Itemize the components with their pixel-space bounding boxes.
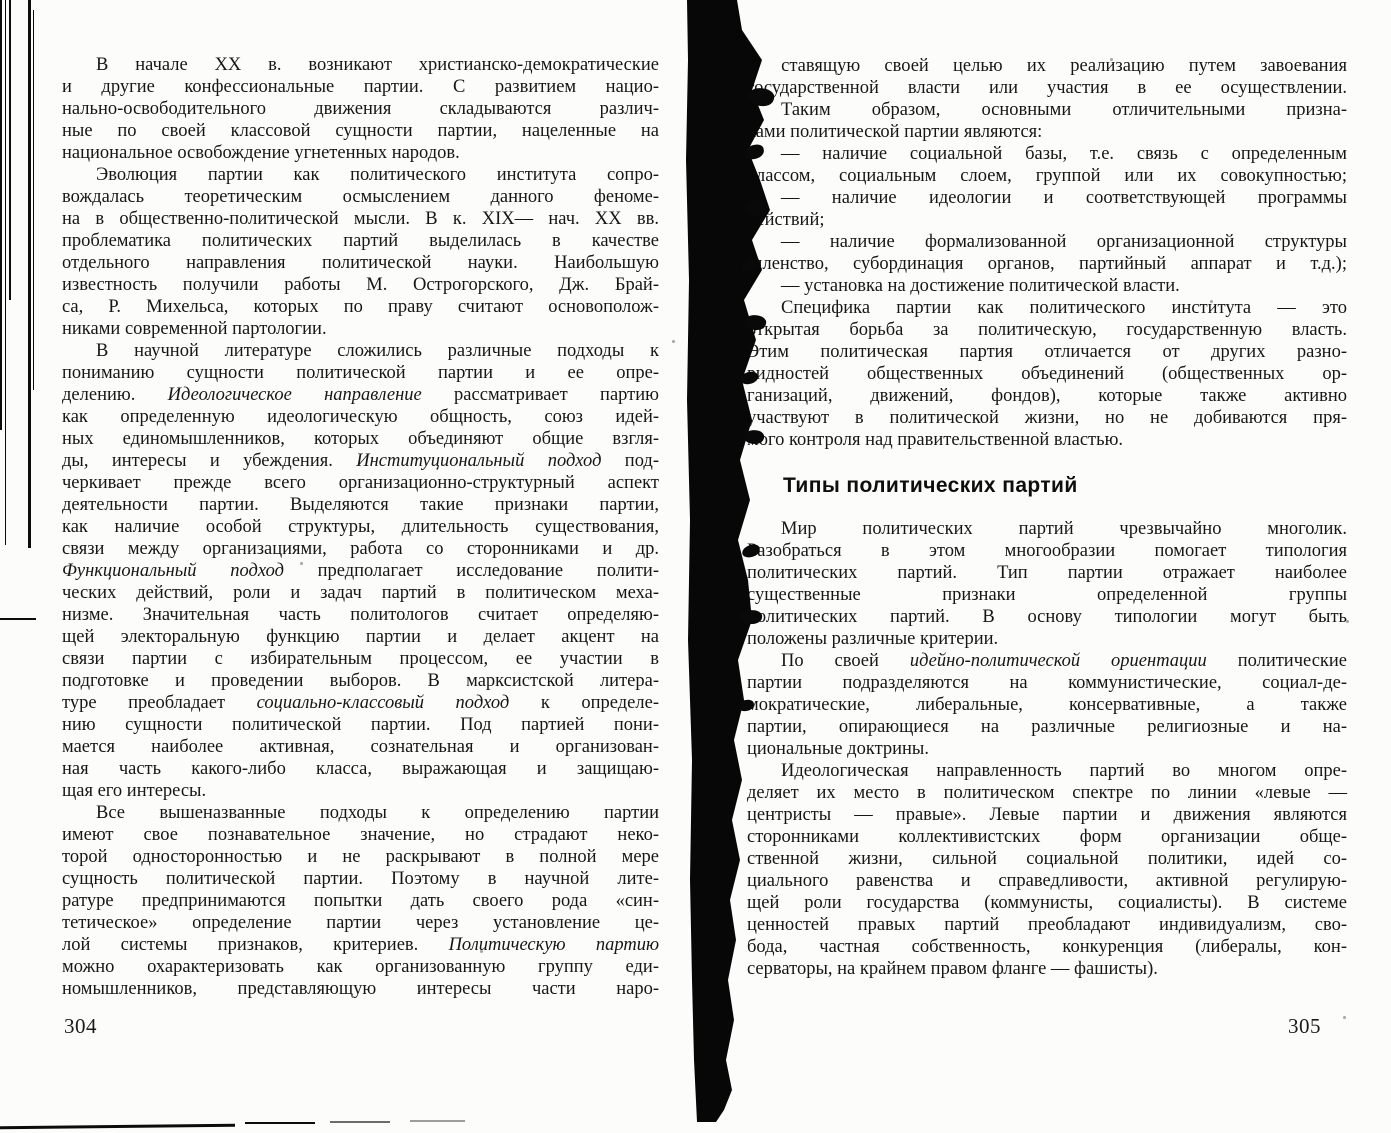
page-edge-line bbox=[33, 10, 34, 390]
speck bbox=[1110, 58, 1113, 61]
right-page-text-top: и ставящую своей целью их реализацию пут… bbox=[747, 55, 1347, 451]
speck bbox=[1343, 1016, 1346, 1019]
text-line: Разобраться в этом многообразии помогает… bbox=[747, 540, 1347, 562]
text-line: государственной власти или участия в ее … bbox=[747, 77, 1347, 99]
text-line: ная часть какого-либо класса, выражающая… bbox=[62, 758, 659, 780]
text-line: Таким образом, основными отличительными … bbox=[747, 99, 1347, 121]
text-line: ками политической партии являются: bbox=[747, 121, 1347, 143]
text-line: Мир политических партий чрезвычайно мног… bbox=[747, 518, 1347, 540]
page-edge-line bbox=[28, 0, 31, 548]
text-line: ганизаций, движений, фондов), которые та… bbox=[747, 385, 1347, 407]
speck bbox=[902, 772, 905, 775]
text-line: политических партий. Тип партии отражает… bbox=[747, 562, 1347, 584]
left-page: В начале XX в. возникают христианско-дем… bbox=[62, 54, 659, 1000]
text-line: связи между организациями, работа со сто… bbox=[62, 538, 659, 560]
text-line: ды, интересы и убеждения. Институциональ… bbox=[62, 450, 659, 472]
text-line: партии, опирающиеся на различные религио… bbox=[747, 716, 1347, 738]
text-line: деляет их место в политическом спектре п… bbox=[747, 782, 1347, 804]
text-line: партии подразделяются на коммунистически… bbox=[747, 672, 1347, 694]
speck bbox=[1346, 620, 1349, 623]
text-line: Этим политическая партия отличается от д… bbox=[747, 341, 1347, 363]
text-line: нально-освободительного движения складыв… bbox=[62, 98, 659, 120]
text-line: щей электоральную функцию партии и делае… bbox=[62, 626, 659, 648]
text-line: пониманию сущности политической партии и… bbox=[62, 362, 659, 384]
text-line: Функциональный подход предполагает иссле… bbox=[62, 560, 659, 582]
text-line: циального равенства и справедливости, ак… bbox=[747, 870, 1347, 892]
text-line: серваторы, на крайнем правом фланге — фа… bbox=[747, 958, 1347, 980]
speck bbox=[672, 340, 675, 343]
text-line: отдельного направления политической наук… bbox=[62, 252, 659, 274]
text-line: ческих действий, роли и задач партий в п… bbox=[62, 582, 659, 604]
text-line: туре преобладает социально-классовый под… bbox=[62, 692, 659, 714]
text-line: Все вышеназванные подходы к определению … bbox=[62, 802, 659, 824]
text-line: участвуют в политической жизни, но не до… bbox=[747, 407, 1347, 429]
text-line: действий; bbox=[747, 209, 1347, 231]
text-line: — наличие идеологии и соответствующей пр… bbox=[747, 187, 1347, 209]
text-line: низме. Значительная часть политологов сч… bbox=[62, 604, 659, 626]
text-line: мократические, либеральные, консервативн… bbox=[747, 694, 1347, 716]
text-line: торой односторонностью и не раскрывают в… bbox=[62, 846, 659, 868]
page-edge-line bbox=[5, 0, 6, 545]
text-line: центристы — правые». Левые партии и движ… bbox=[747, 804, 1347, 826]
text-line: открытая борьба за политическую, государ… bbox=[747, 319, 1347, 341]
text-line: подготовке и проведении выборов. В маркс… bbox=[62, 670, 659, 692]
text-line: щая его интересы. bbox=[62, 780, 659, 802]
text-line: ные по своей классовой сущности партии, … bbox=[62, 120, 659, 142]
text-line: — наличие социальной базы, т.е. связь с … bbox=[747, 143, 1347, 165]
right-page: и ставящую своей целью их реализацию пут… bbox=[747, 55, 1347, 980]
text-line: ратуре предпринимаются попытки дать свое… bbox=[62, 890, 659, 912]
text-line: — наличие формализованной организационно… bbox=[747, 231, 1347, 253]
text-line: ценностей правых партий преобладают инди… bbox=[747, 914, 1347, 936]
text-line: са, Р. Михельса, которых по праву считаю… bbox=[62, 296, 659, 318]
left-page-text: В начале XX в. возникают христианско-дем… bbox=[62, 54, 659, 1000]
text-line: В научной литературе сложились различные… bbox=[62, 340, 659, 362]
text-line: известность получили работы М. Острогорс… bbox=[62, 274, 659, 296]
text-line: можно охарактеризовать как организованну… bbox=[62, 956, 659, 978]
text-line: сторонниками коллективистских форм орган… bbox=[747, 826, 1347, 848]
text-line: щей роли государства (коммунисты, социал… bbox=[747, 892, 1347, 914]
text-line: тетическое» определение партии через уст… bbox=[62, 912, 659, 934]
text-line: Эволюция партии как политического инстит… bbox=[62, 164, 659, 186]
text-line: как определенную идеологическую общность… bbox=[62, 406, 659, 428]
text-line: бода, частная собственность, конкуренция… bbox=[747, 936, 1347, 958]
text-line: и ставящую своей целью их реализацию пут… bbox=[747, 55, 1347, 77]
text-line: мого контроля над правительственной влас… bbox=[747, 429, 1347, 451]
book-scan: { "left_page": { "page_number": "304", "… bbox=[0, 0, 1391, 1133]
text-line: номышленников, представляющую интересы ч… bbox=[62, 978, 659, 1000]
text-line: Специфика партии как политического инсти… bbox=[747, 297, 1347, 319]
text-line: видностей общественных объединений (обще… bbox=[747, 363, 1347, 385]
page-edge-line bbox=[0, 618, 36, 620]
text-line: деятельности партии. Выделяются такие пр… bbox=[62, 494, 659, 516]
speck bbox=[300, 562, 303, 565]
text-line: (членство, субординация органов, партийн… bbox=[747, 253, 1347, 275]
bottom-scan-line bbox=[410, 1120, 465, 1122]
speck bbox=[480, 950, 483, 953]
text-line: никами современной партологии. bbox=[62, 318, 659, 340]
page-number-left: 304 bbox=[64, 1014, 97, 1039]
text-line: имеют свое познавательное значение, но с… bbox=[62, 824, 659, 846]
page-edge-line bbox=[9, 0, 11, 300]
text-line: национальное освобождение угнетенных нар… bbox=[62, 142, 659, 164]
text-line: ных единомышленников, которых объединяют… bbox=[62, 428, 659, 450]
bottom-scan-line bbox=[245, 1122, 315, 1124]
section-heading: Типы политических партий bbox=[747, 473, 1347, 499]
page-number-right: 305 bbox=[1288, 1014, 1321, 1039]
text-line: положены различные критерии. bbox=[747, 628, 1347, 650]
page-edge-line bbox=[0, 0, 2, 430]
bottom-scan-line bbox=[0, 1124, 235, 1129]
text-line: политических партий. В основу типологии … bbox=[747, 606, 1347, 628]
text-line: По своей идейно-политической ориентации … bbox=[747, 650, 1347, 672]
text-line: проблематика политических партий выделил… bbox=[62, 230, 659, 252]
text-line: ственной жизни, сильной социальной полит… bbox=[747, 848, 1347, 870]
text-line: лой системы признаков, критериев. Полити… bbox=[62, 934, 659, 956]
text-line: классом, социальным слоем, группой или и… bbox=[747, 165, 1347, 187]
speck bbox=[1210, 300, 1213, 303]
text-line: существенные признаки определенной групп… bbox=[747, 584, 1347, 606]
text-line: вождалась теоретическим осмыслением данн… bbox=[62, 186, 659, 208]
text-line: связи партии с избирательным процессом, … bbox=[62, 648, 659, 670]
text-line: делению. Идеологическое направление расс… bbox=[62, 384, 659, 406]
right-page-text-bottom: Мир политических партий чрезвычайно мног… bbox=[747, 518, 1347, 980]
text-line: Идеологическая направленность партий во … bbox=[747, 760, 1347, 782]
text-line: — установка на достижение политической в… bbox=[747, 275, 1347, 297]
text-line: нию сущности политической партии. Под па… bbox=[62, 714, 659, 736]
text-line: мается наиболее активная, сознательная и… bbox=[62, 736, 659, 758]
text-line: как наличие особой структуры, длительнос… bbox=[62, 516, 659, 538]
text-line: сущность политической партии. Поэтому в … bbox=[62, 868, 659, 890]
text-line: и другие конфессиональные партии. С разв… bbox=[62, 76, 659, 98]
text-line: на в общественно-политической мысли. В к… bbox=[62, 208, 659, 230]
text-line: черкивает прежде всего организационно-ст… bbox=[62, 472, 659, 494]
text-line: циональные доктрины. bbox=[747, 738, 1347, 760]
bottom-scan-line bbox=[330, 1121, 390, 1123]
text-line: В начале XX в. возникают христианско-дем… bbox=[62, 54, 659, 76]
